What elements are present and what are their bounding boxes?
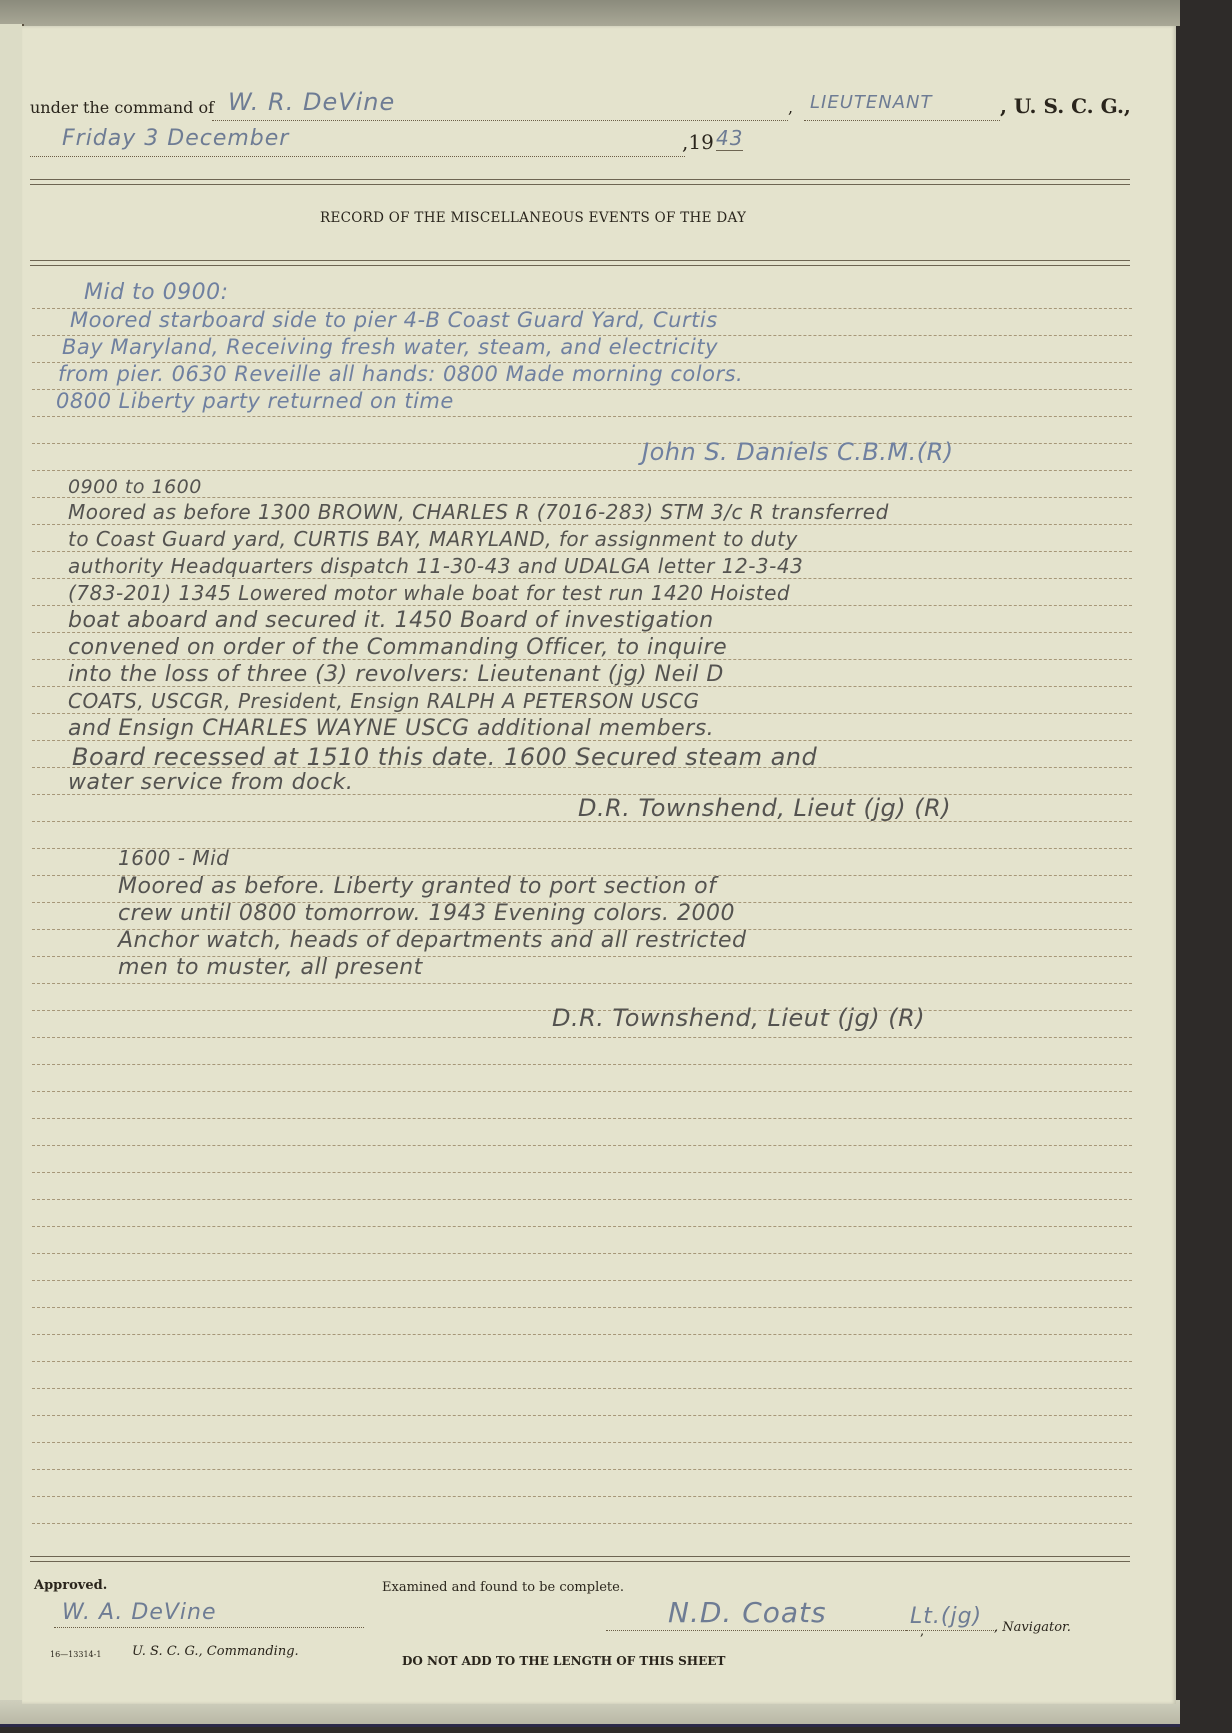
entry-line: Moored as before. Liberty granted to por…	[118, 874, 716, 899]
ruled-line	[32, 1253, 1132, 1254]
approved-signature: W. A. DeVine	[62, 1600, 217, 1625]
page-top-edge	[0, 0, 1180, 26]
ruled-line	[32, 1280, 1132, 1281]
ruled-line	[32, 1415, 1132, 1416]
ruled-line	[32, 1307, 1132, 1308]
ruled-line	[32, 1226, 1132, 1227]
entry-line: into the loss of three (3) revolvers: Li…	[68, 662, 724, 687]
entry-line: Moored as before 1300 BROWN, CHARLES R (…	[68, 500, 889, 524]
ruled-line	[32, 1091, 1132, 1092]
ruled-line	[32, 1469, 1132, 1470]
ruled-line	[32, 1037, 1132, 1038]
navigator-signature-line	[606, 1630, 920, 1631]
ruled-line	[32, 1334, 1132, 1335]
entry-line: authority Headquarters dispatch 11-30-43…	[68, 554, 803, 578]
ruled-line	[32, 605, 1132, 606]
watch-officer-signature: D.R. Townshend, Lieut (jg) (R)	[552, 1004, 925, 1032]
rank-line	[804, 120, 1000, 121]
commander-name-line	[212, 120, 788, 121]
ruled-line	[32, 1523, 1132, 1524]
entry-line: water service from dock.	[68, 770, 353, 795]
ruled-line	[32, 1442, 1132, 1443]
entry-line: Anchor watch, heads of departments and a…	[118, 928, 746, 953]
commanding-label: U. S. C. G., Commanding.	[132, 1644, 299, 1659]
ruled-line	[32, 1388, 1132, 1389]
entry-line: Board recessed at 1510 this date. 1600 S…	[72, 743, 817, 771]
entry-line: convened on order of the Commanding Offi…	[68, 635, 727, 660]
footer-double-rule	[30, 1556, 1130, 1562]
navigator-rank-line	[906, 1630, 996, 1631]
ruled-line	[32, 1118, 1132, 1119]
entry-line: Bay Maryland, Receiving fresh water, ste…	[62, 335, 718, 359]
approved-signature-line	[54, 1627, 364, 1628]
entry-line: boat aboard and secured it. 1450 Board o…	[68, 608, 714, 633]
entry-line: 0800 Liberty party returned on time	[56, 389, 454, 413]
navigator-label: , Navigator.	[994, 1620, 1071, 1635]
section-title: RECORD OF THE MISCELLANEOUS EVENTS OF TH…	[320, 210, 746, 226]
ruled-line	[32, 983, 1132, 984]
ruled-line	[32, 1496, 1132, 1497]
date-line	[30, 156, 685, 157]
form-number: 16—13314-1	[50, 1650, 101, 1659]
navigator-rank: Lt.(jg)	[910, 1604, 982, 1629]
ruled-line	[32, 1172, 1132, 1173]
commander-rank: LIEUTENANT	[810, 92, 933, 113]
entry-line: to Coast Guard yard, CURTIS BAY, MARYLAN…	[68, 527, 798, 551]
section-double-rule	[30, 260, 1130, 266]
entry-line: crew until 0800 tomorrow. 1943 Evening c…	[118, 901, 735, 926]
ruled-line	[32, 578, 1132, 579]
entry-line: COATS, USCGR, President, Ensign RALPH A …	[68, 689, 700, 713]
ruled-line	[32, 1199, 1132, 1200]
comma-separator: ,	[788, 98, 793, 117]
commander-name: W. R. DeVine	[228, 88, 395, 116]
ruled-line	[32, 416, 1132, 417]
log-sheet: under the command of W. R. DeVine , LIEU…	[22, 26, 1176, 1704]
entry-line: (783-201) 1345 Lowered motor whale boat …	[68, 581, 790, 605]
ruled-line	[32, 443, 1132, 444]
service-suffix: , U. S. C. G.,	[1000, 94, 1131, 118]
watch-heading: Mid to 0900:	[84, 280, 229, 305]
watch-heading: 1600 - Mid	[118, 846, 229, 870]
length-warning: DO NOT ADD TO THE LENGTH OF THIS SHEET	[402, 1654, 725, 1668]
ruled-line	[32, 1064, 1132, 1065]
header-double-rule	[30, 179, 1130, 185]
watch-officer-signature: John S. Daniels C.B.M.(R)	[642, 438, 954, 466]
watch-officer-signature: D.R. Townshend, Lieut (jg) (R)	[578, 794, 951, 822]
ruled-line	[32, 1361, 1132, 1362]
background-dark	[1176, 0, 1232, 1733]
navigator-signature: N.D. Coats	[668, 1596, 827, 1629]
entry-line: men to muster, all present	[118, 955, 423, 980]
date-handwritten: Friday 3 December	[62, 126, 289, 151]
command-prefix-label: under the command of	[30, 98, 214, 117]
year-suffix: 43	[716, 126, 743, 151]
previous-page-edge	[0, 24, 24, 1704]
ruled-line	[32, 1145, 1132, 1146]
page-bottom-edge	[0, 1700, 1180, 1727]
approved-label: Approved.	[34, 1578, 107, 1593]
ruled-line	[32, 470, 1132, 471]
entry-line: and Ensign CHARLES WAYNE USCG additional…	[68, 716, 714, 741]
watch-heading: 0900 to 1600	[68, 476, 202, 498]
year-prefix: ,19	[682, 130, 714, 154]
ruled-line	[32, 524, 1132, 525]
ruled-line	[32, 713, 1132, 714]
ruled-line	[32, 551, 1132, 552]
entry-line: from pier. 0630 Reveille all hands: 0800…	[58, 362, 743, 386]
examined-label: Examined and found to be complete.	[382, 1580, 624, 1595]
entry-line: Moored starboard side to pier 4-B Coast …	[70, 308, 718, 332]
